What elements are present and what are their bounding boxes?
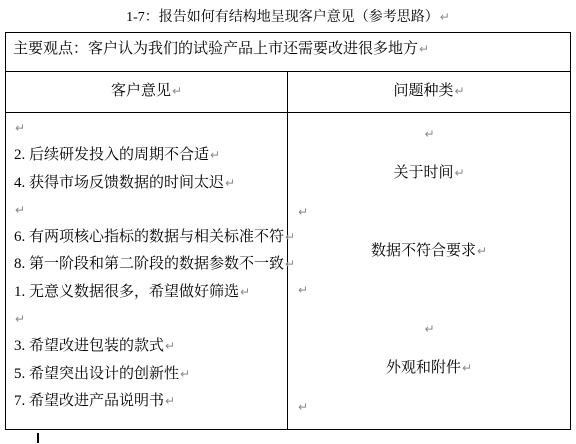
opinion-line: 7. 希望改进产品说明书↵	[6, 388, 287, 415]
paragraph-mark-icon: ↵	[240, 285, 250, 299]
paragraph-mark-icon: ↵	[419, 42, 429, 56]
opinion-text: 6. 有两项核心指标的数据与相关标准不符	[14, 229, 284, 245]
opinion-line: 4. 获得市场反馈数据的时间太迟↵	[6, 170, 287, 197]
paragraph-mark-icon: ↵	[424, 127, 434, 141]
opinion-text: 5. 希望突出设计的创新性	[14, 366, 179, 382]
opinion-text: 7. 希望改进产品说明书	[14, 393, 164, 409]
body-row: ↵ 2. 后续研发投入的周期不合适↵ 4. 获得市场反馈数据的时间太迟↵ ↵ 6…	[6, 113, 570, 429]
category-text: 关于时间	[393, 165, 453, 181]
paragraph-mark-icon: ↵	[454, 84, 464, 98]
header-problem-categories-text: 问题种类	[393, 83, 453, 99]
paragraph-mark-icon: ↵	[15, 121, 25, 135]
paragraph-mark-icon: ↵	[454, 166, 464, 180]
paragraph-mark-icon: ↵	[165, 339, 175, 353]
opinion-text: 2. 后续研发投入的周期不合适	[14, 147, 209, 163]
document-title-text: 1-7：报告如何有结构地呈现客户意见（参考思路）	[126, 10, 439, 25]
document-title: 1-7：报告如何有结构地呈现客户意见（参考思路）↵	[0, 6, 576, 26]
paragraph-mark-icon: ↵	[298, 205, 308, 219]
header-problem-categories: 问题种类↵	[288, 72, 570, 112]
main-point-text: 主要观点：客户认为我们的试验产品上市还需要改进很多地方	[13, 41, 418, 57]
category-line: 关于时间↵	[288, 154, 570, 193]
paragraph-mark-icon: ↵	[477, 244, 487, 258]
opinion-line: ↵	[6, 197, 287, 224]
paragraph-mark-icon: ↵	[298, 400, 308, 414]
opinions-table: 主要观点：客户认为我们的试验产品上市还需要改进很多地方↵ 客户意见↵ 问题种类↵…	[5, 32, 571, 430]
opinion-line: ↵	[6, 306, 287, 333]
category-line: ↵	[288, 115, 570, 154]
problem-categories-cell: ↵ 关于时间↵ ↵ 数据不符合要求↵ ↵ ↵ 外观和附件↵ ↵	[288, 113, 570, 429]
opinion-text: 3. 希望改进包装的款式	[14, 338, 164, 354]
header-customer-opinions-text: 客户意见	[111, 83, 171, 99]
customer-opinions-cell: ↵ 2. 后续研发投入的周期不合适↵ 4. 获得市场反馈数据的时间太迟↵ ↵ 6…	[6, 113, 288, 429]
category-text: 外观和附件	[386, 360, 461, 376]
text-cursor[interactable]	[37, 433, 39, 443]
opinion-line: 6. 有两项核心指标的数据与相关标准不符↵	[6, 224, 287, 251]
header-row: 客户意见↵ 问题种类↵	[6, 72, 570, 113]
category-line: ↵	[288, 388, 570, 427]
paragraph-mark-icon: ↵	[15, 203, 25, 217]
category-line: 外观和附件↵	[288, 349, 570, 388]
opinion-line: 5. 希望突出设计的创新性↵	[6, 361, 287, 388]
paragraph-mark-icon: ↵	[225, 176, 235, 190]
paragraph-mark-icon: ↵	[210, 148, 220, 162]
category-line: 数据不符合要求↵	[288, 232, 570, 271]
opinion-line: 1. 无意义数据很多，希望做好筛选↵	[6, 279, 287, 306]
paragraph-mark-icon: ↵	[180, 367, 190, 381]
paragraph-mark-icon: ↵	[172, 84, 182, 98]
main-point-row: 主要观点：客户认为我们的试验产品上市还需要改进很多地方↵	[6, 33, 570, 72]
category-line: ↵	[288, 310, 570, 349]
opinion-line: 8. 第一阶段和第二阶段的数据参数不一致↵	[6, 251, 287, 278]
paragraph-mark-icon: ↵	[15, 312, 25, 326]
category-text: 数据不符合要求	[371, 243, 476, 259]
opinion-line: ↵	[6, 115, 287, 142]
paragraph-mark-icon: ↵	[462, 361, 472, 375]
paragraph-mark-icon: ↵	[298, 283, 308, 297]
paragraph-mark-icon: ↵	[424, 322, 434, 336]
category-line: ↵	[288, 271, 570, 310]
category-line: ↵	[288, 193, 570, 232]
opinion-text: 8. 第一阶段和第二阶段的数据参数不一致	[14, 256, 284, 272]
opinion-text: 1. 无意义数据很多，希望做好筛选	[14, 284, 239, 300]
paragraph-mark-icon: ↵	[165, 394, 175, 408]
opinion-line: 2. 后续研发投入的周期不合适↵	[6, 142, 287, 169]
opinion-line: 3. 希望改进包装的款式↵	[6, 333, 287, 360]
opinion-text: 4. 获得市场反馈数据的时间太迟	[14, 175, 224, 191]
header-customer-opinions: 客户意见↵	[6, 72, 288, 112]
paragraph-mark-icon: ↵	[440, 10, 450, 24]
